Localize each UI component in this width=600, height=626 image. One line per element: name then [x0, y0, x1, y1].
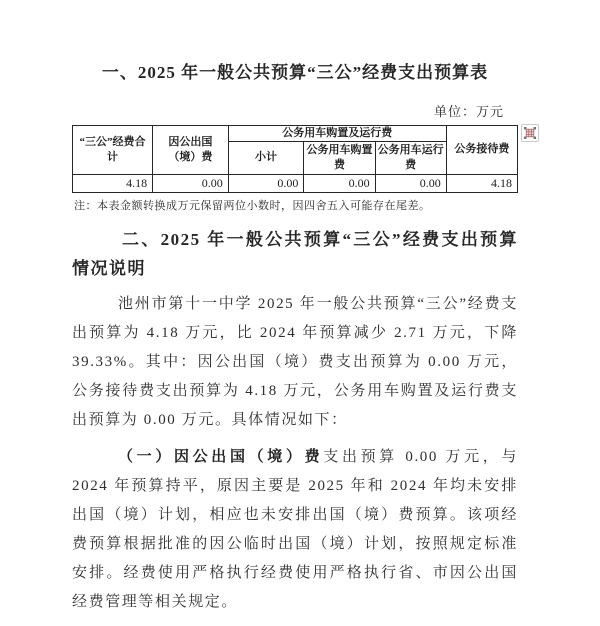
- paragraph-budget-overview: 池州市第十一中学 2025 年一般公共预算“三公”经费支出预算为 4.18 万元…: [72, 290, 518, 435]
- paragraph-item1-bold-lead: （一）因公出国（境）费: [118, 449, 323, 465]
- cell-sangong-total: 4.18: [73, 174, 153, 192]
- cell-subtotal: 0.00: [228, 174, 304, 192]
- section1-title: 一、2025 年一般公共预算“三公”经费支出预算表: [72, 58, 518, 83]
- document-page: 一、2025 年一般公共预算“三公”经费支出预算表 单位：万元 “三公”经费合计…: [0, 0, 600, 626]
- table-note: 注：本表金额转换成万元保留两位小数时，因四舍五入可能存在尾差。: [74, 197, 518, 213]
- cell-reception-fee: 4.18: [446, 174, 517, 192]
- budget-table-container: “三公”经费合计 因公出国（境）费 公务用车购置及运行费 公务接待费 小计 公务…: [72, 125, 518, 193]
- col-header-abroad-fee: 因公出国（境）费: [153, 126, 229, 175]
- cell-vehicle-purchase: 0.00: [304, 174, 375, 192]
- col-header-reception-fee: 公务接待费: [446, 126, 517, 175]
- col-header-vehicle-purchase: 公务用车购置费: [304, 141, 375, 174]
- table-grid-icon: [524, 127, 536, 139]
- col-header-subtotal: 小计: [228, 141, 304, 174]
- budget-table: “三公”经费合计 因公出国（境）费 公务用车购置及运行费 公务接待费 小计 公务…: [72, 125, 518, 193]
- cell-abroad-fee: 0.00: [153, 174, 229, 192]
- paragraph-item1-text: 支出预算 0.00 万元，与 2024 年预算持平，原因主要是 2025 年和 …: [72, 449, 518, 610]
- paragraph-item1-abroad-fee: （一）因公出国（境）费支出预算 0.00 万元，与 2024 年预算持平，原因主…: [72, 443, 518, 617]
- col-header-sangong-total: “三公”经费合计: [73, 126, 153, 175]
- col-header-vehicle-operation: 公务用车运行费: [375, 141, 446, 174]
- table-handle-button[interactable]: [521, 124, 539, 142]
- section2-title: 二、2025 年一般公共预算“三公”经费支出预算情况说明: [72, 225, 518, 283]
- cell-vehicle-operation: 0.00: [375, 174, 446, 192]
- unit-label: 单位：万元: [72, 101, 504, 120]
- table-row: 4.18 0.00 0.00 0.00 0.00 4.18: [73, 174, 518, 192]
- col-header-vehicle-group: 公务用车购置及运行费: [228, 126, 446, 142]
